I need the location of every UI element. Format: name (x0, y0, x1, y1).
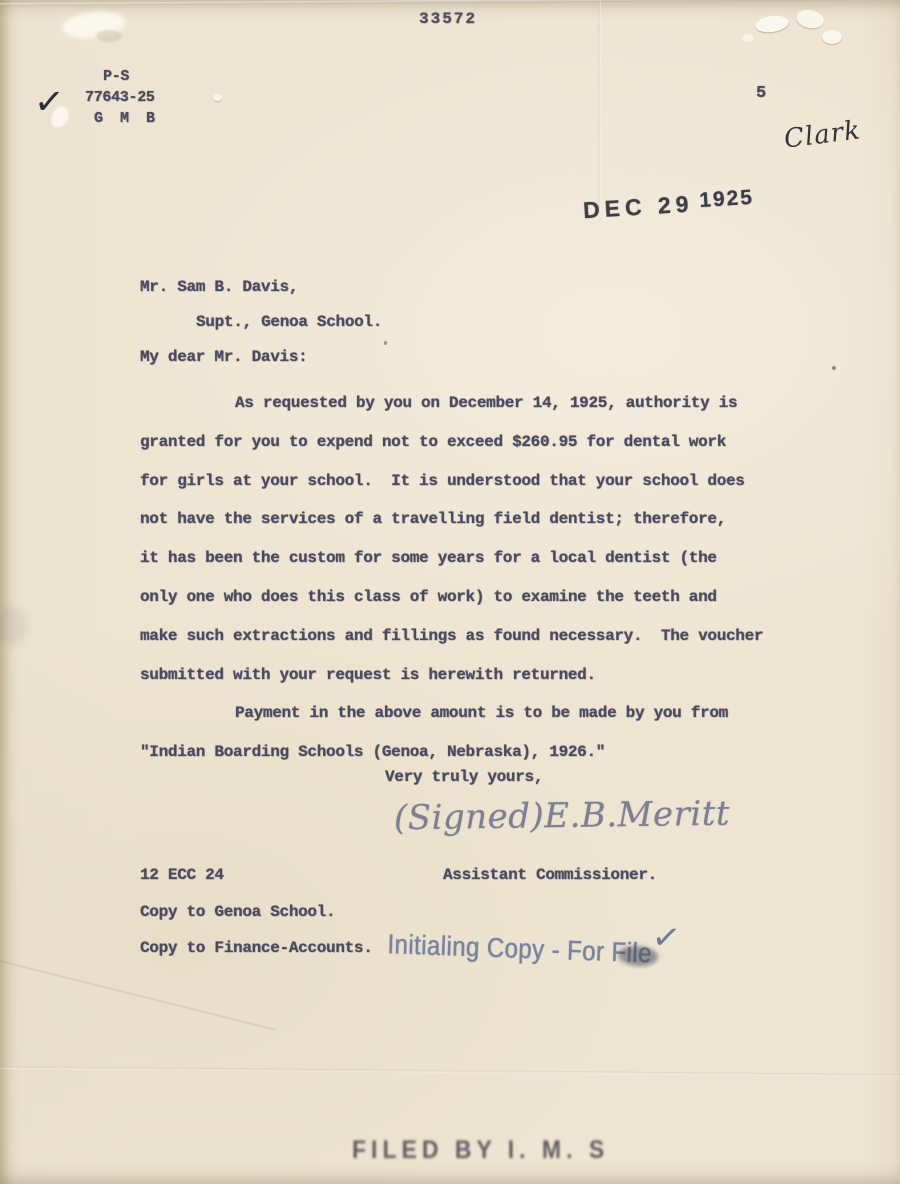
checkmark-icon: ✓ (33, 81, 66, 124)
horizontal-crease (0, 0, 900, 6)
date-stamp-day-month: DEC 29 (582, 191, 694, 224)
document-number: 33572 (419, 10, 477, 28)
ink-speck (384, 341, 387, 345)
copy-notation-1: Copy to Genoa School. (140, 903, 335, 921)
address-line-2: Supt., Genoa School. (196, 313, 382, 331)
emboss-mark (61, 9, 127, 42)
page-number: 5 (756, 84, 766, 103)
initialing-copy-stamp: Initialing Copy - For File (387, 928, 653, 970)
ink-smudge (0, 606, 28, 646)
body-line: make such extractions and fillings as fo… (140, 617, 790, 656)
received-date-stamp: DEC 291925 (582, 187, 755, 224)
paper-tear (794, 7, 825, 30)
signer-title: Assistant Commissioner. (443, 866, 657, 884)
body-line: submitted with your request is herewith … (140, 656, 790, 695)
date-stamp-year: 1925 (699, 186, 755, 212)
address-line-1: Mr. Sam B. Davis, (140, 278, 298, 296)
filed-by-stamp: FILED BY I. M. S (352, 1135, 609, 1165)
emboss-mark (96, 30, 122, 42)
paper-tear (754, 14, 790, 35)
vertical-crease (598, 0, 601, 210)
signature-stamp: (Signed)E.B.Meritt (394, 794, 731, 839)
body-line: granted for you to expend not to exceed … (140, 423, 790, 462)
body-line: for girls at your school. It is understo… (140, 462, 790, 501)
file-code-class: P-S (103, 66, 129, 87)
letter-page: 33572 ✓ P-S 77643-25 G M B 5 Clark DEC 2… (0, 0, 900, 1184)
letter-body: As requested by you on December 14, 1925… (140, 384, 790, 772)
handwritten-annotation: Clark (782, 115, 862, 154)
checkmark-icon: ✓ (649, 916, 683, 960)
file-code-number: 77643-25 (85, 87, 155, 108)
paper-fleck (213, 94, 222, 101)
body-line: it has been the custom for some years fo… (140, 539, 790, 578)
body-line: "Indian Boarding Schools (Genoa, Nebrask… (140, 733, 790, 772)
body-line: only one who does this class of work) to… (140, 578, 790, 617)
ink-speck (832, 366, 836, 370)
typist-code: 12 ECC 24 (140, 866, 224, 884)
diagonal-crease (0, 951, 275, 1030)
file-code-initials: G M B (94, 108, 159, 129)
body-line: not have the services of a travelling fi… (140, 500, 790, 539)
horizontal-crease (0, 1066, 900, 1077)
salutation: My dear Mr. Davis: (140, 348, 307, 366)
copy-notation-2: Copy to Finance-Accounts. (140, 939, 373, 957)
closing-phrase: Very truly yours, (385, 768, 543, 786)
body-line: Payment in the above amount is to be mad… (140, 694, 790, 733)
body-line: As requested by you on December 14, 1925… (140, 384, 790, 423)
paper-tear (742, 34, 754, 42)
paper-tear (822, 30, 842, 44)
